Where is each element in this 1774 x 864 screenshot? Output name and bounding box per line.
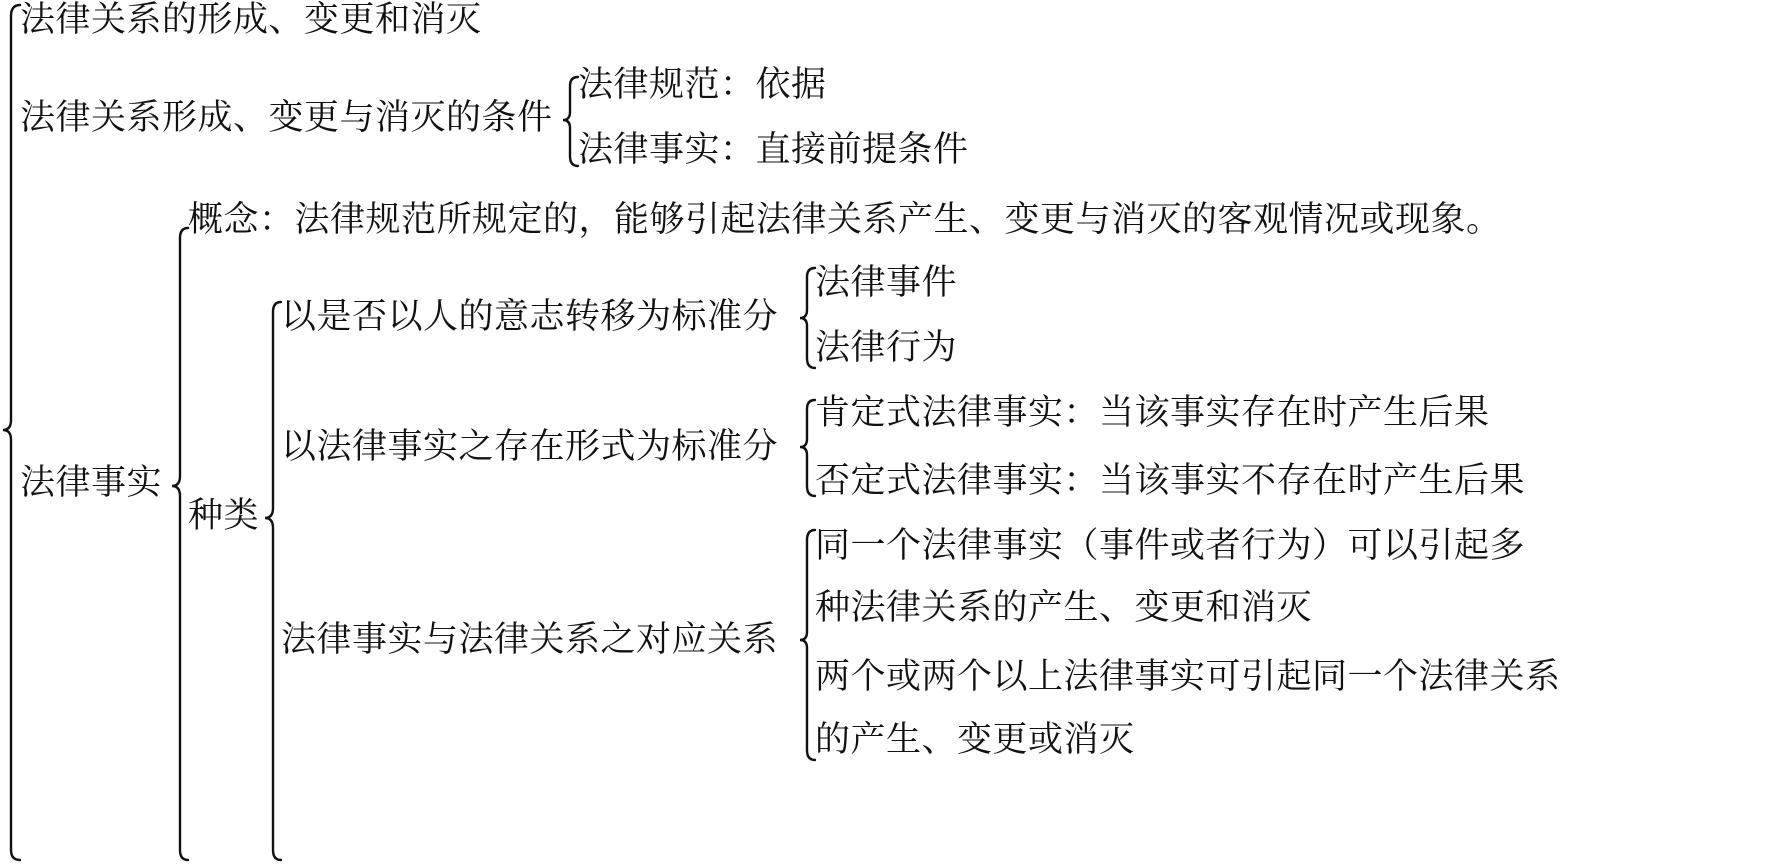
node-correspondence: 法律事实与法律关系之对应关系 — [281, 620, 778, 660]
brace-kinds — [265, 302, 281, 860]
node-one-fact-many-relations-line1: 同一个法律事实（事件或者行为）可以引起多 — [815, 526, 1525, 566]
node-legal-fact-premise: 法律事实：直接前提条件 — [578, 130, 969, 170]
node-one-fact-many-relations-line2: 种法律关系的产生、变更和消灭 — [815, 588, 1312, 628]
brace-root — [3, 5, 20, 860]
node-legal-fact: 法律事实 — [20, 463, 162, 503]
node-concept: 概念：法律规范所规定的，能够引起法律关系产生、变更与消灭的客观情况或现象。 — [188, 200, 1502, 240]
brace-correspondence — [800, 530, 815, 760]
node-many-facts-one-relation-line1: 两个或两个以上法律事实可引起同一个法律关系 — [815, 657, 1561, 697]
node-legal-act: 法律行为 — [815, 328, 957, 368]
node-kinds: 种类 — [188, 496, 259, 536]
node-existence-form: 以法律事实之存在形式为标准分 — [281, 427, 778, 467]
node-legal-event: 法律事件 — [815, 263, 957, 303]
node-legal-norm: 法律规范：依据 — [578, 65, 827, 105]
brace-will-standard — [800, 268, 815, 368]
brace-existence-form — [800, 400, 815, 496]
brace-legal-fact — [172, 228, 188, 860]
node-formation-change-extinction: 法律关系的形成、变更和消灭 — [20, 0, 482, 40]
node-negative-fact: 否定式法律事实：当该事实不存在时产生后果 — [815, 461, 1525, 501]
node-will-standard: 以是否以人的意志转移为标准分 — [281, 297, 778, 337]
brace-conditions — [563, 77, 578, 166]
node-many-facts-one-relation-line2: 的产生、变更或消灭 — [815, 720, 1135, 760]
node-conditions: 法律关系形成、变更与消灭的条件 — [20, 98, 553, 138]
node-affirmative-fact: 肯定式法律事实：当该事实存在时产生后果 — [815, 393, 1490, 433]
